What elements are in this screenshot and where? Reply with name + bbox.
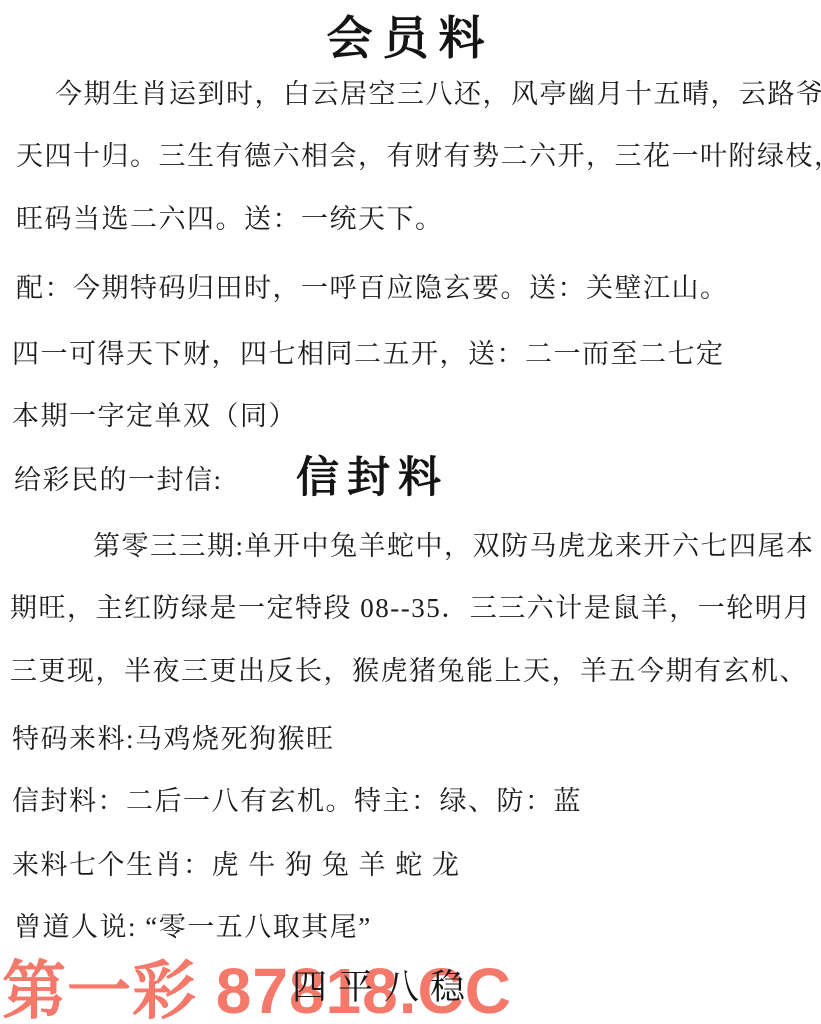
member-line: 配：今期特码归田时，一呼百应隐玄要。送：关壁江山。 xyxy=(16,266,729,305)
member-line: 天四十归。三生有德六相会，有财有势二六开，三花一叶附绿枝， xyxy=(16,134,821,173)
closing-stamp: 四平八稳 xyxy=(292,960,476,1010)
envelope-line: 期旺，主红防绿是一定特段 08--35．三三六计是鼠羊，一轮明月 xyxy=(10,586,812,625)
letter-intro-label: 给彩民的一封信: xyxy=(14,458,223,497)
member-line: 旺码当选二六四。送：一统天下。 xyxy=(16,197,444,236)
tip-sheet-page: 会员料 今期生肖运到时，白云居空三八还，风亭幽月十五晴，云路爷 天四十归。三生有… xyxy=(0,0,821,1024)
page-title: 会员料 xyxy=(0,2,821,68)
envelope-line: 特码来料:马鸡烧死狗猴旺 xyxy=(12,717,335,756)
member-line: 四一可得天下财，四七相同二五开，送：二一而至二七定 xyxy=(12,332,725,371)
member-line: 本期一字定单双（同） xyxy=(12,394,297,433)
envelope-section-title: 信封料 xyxy=(296,444,449,505)
envelope-line: 第零三三期:单开中兔羊蛇中，双防马虎龙来开六七四尾本 xyxy=(93,524,815,563)
envelope-line: 信封料：二后一八有玄机。特主：绿、防：蓝 xyxy=(12,779,582,818)
envelope-line: 曾道人说: “零一五八取其尾” xyxy=(14,905,372,944)
member-line: 今期生肖运到时，白云居空三八还，风亭幽月十五晴，云路爷 xyxy=(55,72,821,111)
envelope-line: 三更现，半夜三更出反长，猴虎猪兔能上天，羊五今期有玄机、 xyxy=(10,649,808,688)
envelope-line: 来料七个生肖：虎 牛 狗 兔 羊 蛇 龙 xyxy=(12,843,461,882)
